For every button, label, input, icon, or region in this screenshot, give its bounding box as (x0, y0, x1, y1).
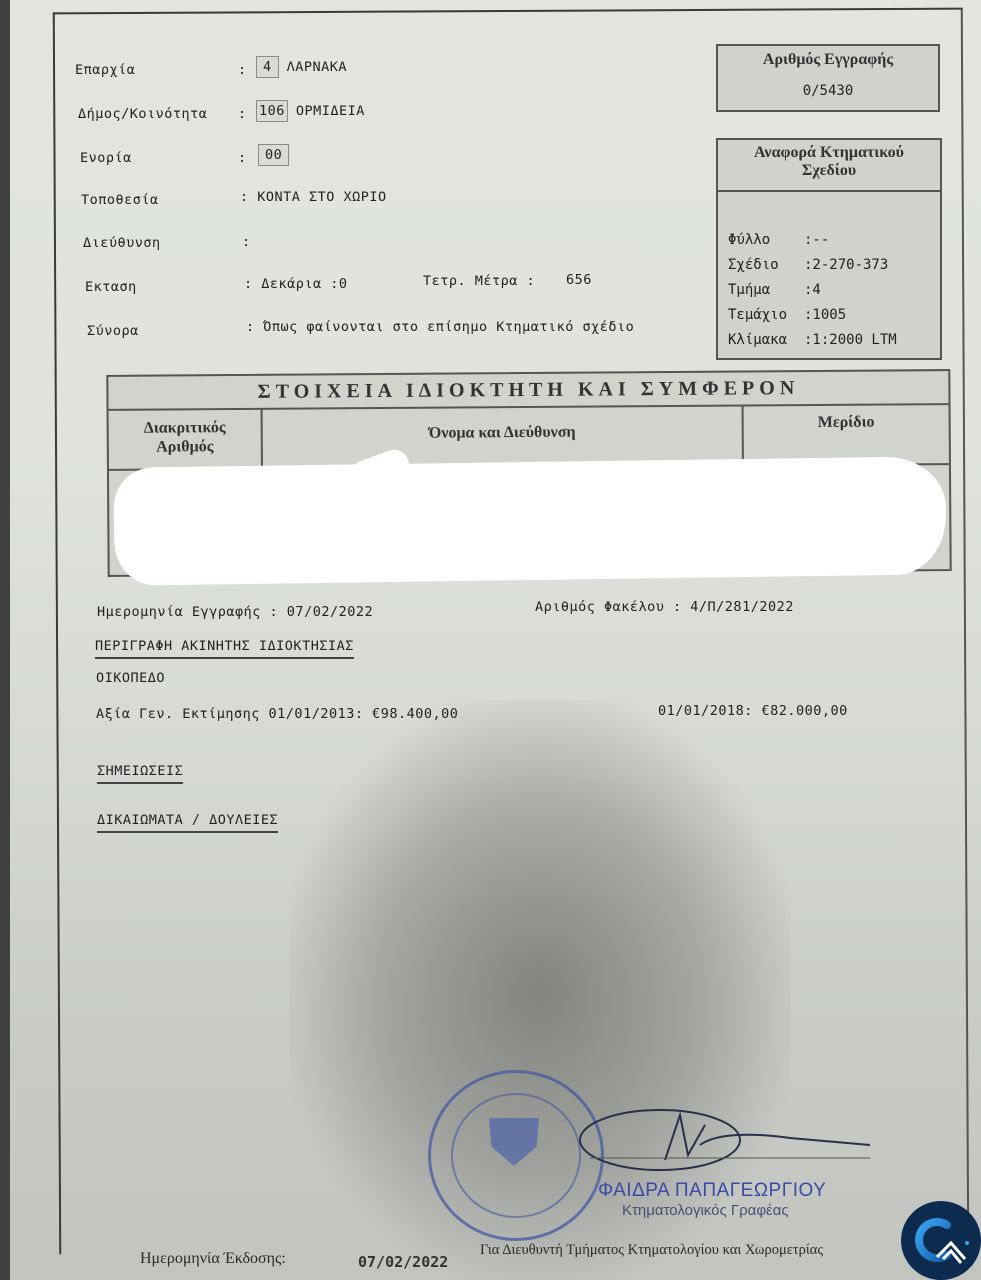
valuation-2018: 01/01/2018: €82.000,00 (658, 703, 848, 719)
owner-col-name: Όνομα και Διεύθυνση (263, 407, 744, 468)
province-label: Επαρχία (75, 62, 135, 78)
app-logo-icon[interactable] (901, 1201, 981, 1280)
cadastral-plan-box: Αναφορά Κτηματικού Σχεδίου Φύλλο:--Σχέδι… (716, 138, 942, 360)
plan-row-label: Κλίμακα (728, 332, 804, 348)
boundaries-label: Σύνορα (87, 323, 139, 339)
plan-row: Σχέδιο:2-270-373 (728, 257, 940, 282)
rights-heading: ΔΙΚΑΙΩΜΑΤΑ / ΔΟΥΛΕΙΕΣ (97, 812, 278, 833)
boundaries-value: : Όπως φαίνονται στο επίσημο Κτηματικό σ… (246, 319, 634, 335)
plan-row-label: Σχέδιο (728, 257, 804, 273)
area-sqm-label: Τετρ. Μέτρα : (423, 273, 535, 289)
quarter-code: 00 (258, 144, 289, 166)
document-photo: Επαρχία : 4ΛΑΡΝΑΚΑ Δήμος/Κοινότητα : 106… (10, 0, 981, 1280)
locality-label: Τοποθεσία (81, 192, 159, 208)
issue-date-label: Ημερομηνία Έκδοσης: (140, 1250, 286, 1268)
plan-row-label: Τμήμα (728, 282, 804, 298)
quarter-value: 00 (258, 144, 297, 166)
plan-row-label: Τεμάχιο (728, 307, 804, 323)
redaction-mark (113, 456, 947, 586)
registration-number-value: 0/5430 (718, 83, 938, 99)
plan-row-value: :1005 (804, 307, 846, 323)
file-number: Αριθμός Φακέλου : 4/Π/281/2022 (535, 599, 794, 615)
locality-value: : ΚΟΝΤΑ ΣΤΟ ΧΩΡΙΟ (240, 189, 387, 205)
plan-row: Τμήμα:4 (728, 282, 940, 307)
valuation-2013: Αξία Γεν. Εκτίμησης 01/01/2013: €98.400,… (96, 706, 458, 722)
property-type: ΟΙΚΟΠΕΔΟ (96, 670, 165, 686)
plan-row-value: :-- (804, 232, 829, 248)
plan-row-value: :1:2000 LTM (804, 332, 897, 348)
registration-number-title: Αριθμός Εγγραφής (718, 46, 938, 69)
app-logo-glyph (901, 1201, 981, 1280)
notes-heading: ΣΗΜΕΙΩΣΕΙΣ (97, 763, 183, 784)
municipality-value: 106ΟΡΜΙΔΕΙΑ (256, 100, 365, 122)
plan-row-value: :4 (804, 282, 821, 298)
cadastral-plan-rows: Φύλλο:--Σχέδιο:2-270-373Τμήμα:4Τεμάχιο:1… (718, 192, 940, 357)
signatory-title: Κτηματολογικός Γραφέας (622, 1202, 789, 1219)
area-label: Εκταση (85, 279, 137, 295)
cadastral-plan-header: Αναφορά Κτηματικού Σχεδίου (718, 140, 940, 192)
municipality-colon: : (238, 106, 247, 122)
owner-col-id: Διακριτικός Αριθμός (109, 410, 263, 469)
province-colon: : (238, 62, 247, 78)
registration-number-box: Αριθμός Εγγραφής 0/5430 (716, 44, 940, 112)
cadastral-plan-title-1: Αναφορά Κτηματικού (718, 144, 940, 162)
municipality-label: Δήμος/Κοινότητα (78, 106, 207, 122)
plan-row-value: :2-270-373 (804, 257, 888, 273)
quarter-label: Ενορία (80, 150, 132, 166)
province-name: ΛΑΡΝΑΚΑ (287, 59, 347, 75)
municipality-name: ΟΡΜΙΔΕΙΑ (296, 103, 365, 119)
plan-row: Κλίμακα:1:2000 LTM (728, 332, 940, 357)
province-value: 4ΛΑΡΝΑΚΑ (256, 56, 347, 78)
municipality-code: 106 (256, 100, 288, 122)
issue-date: 07/02/2022 (358, 1253, 448, 1271)
area-decares: : Δεκάρια :0 (244, 276, 348, 292)
area-sqm-value: 656 (566, 272, 592, 288)
plan-row-label: Φύλλο (728, 232, 804, 248)
province-code: 4 (256, 56, 279, 78)
plan-row: Φύλλο:-- (728, 232, 940, 257)
owner-col-share: Μερίδιο (744, 405, 949, 464)
cadastral-plan-title-2: Σχεδίου (718, 162, 940, 180)
property-description-heading: ΠΕΡΙΓΡΑΦΗ ΑΚΙΝΗΤΗΣ ΙΔΙΟΚΤΗΣΙΑΣ (95, 638, 354, 659)
quarter-colon: : (238, 150, 247, 166)
registration-date: Ημερομηνία Εγγραφής : 07/02/2022 (97, 604, 373, 620)
footer-department: Για Διευθυντή Τμήματος Κτηματολογίου και… (480, 1242, 823, 1259)
plan-row: Τεμάχιο:1005 (728, 307, 940, 332)
address-value: : (242, 234, 251, 250)
address-label: Διεύθυνση (83, 235, 161, 251)
signatory-name: ΦΑΙΔΡΑ ΠΑΠΑΓΕΩΡΓΙΟΥ (598, 1180, 826, 1202)
